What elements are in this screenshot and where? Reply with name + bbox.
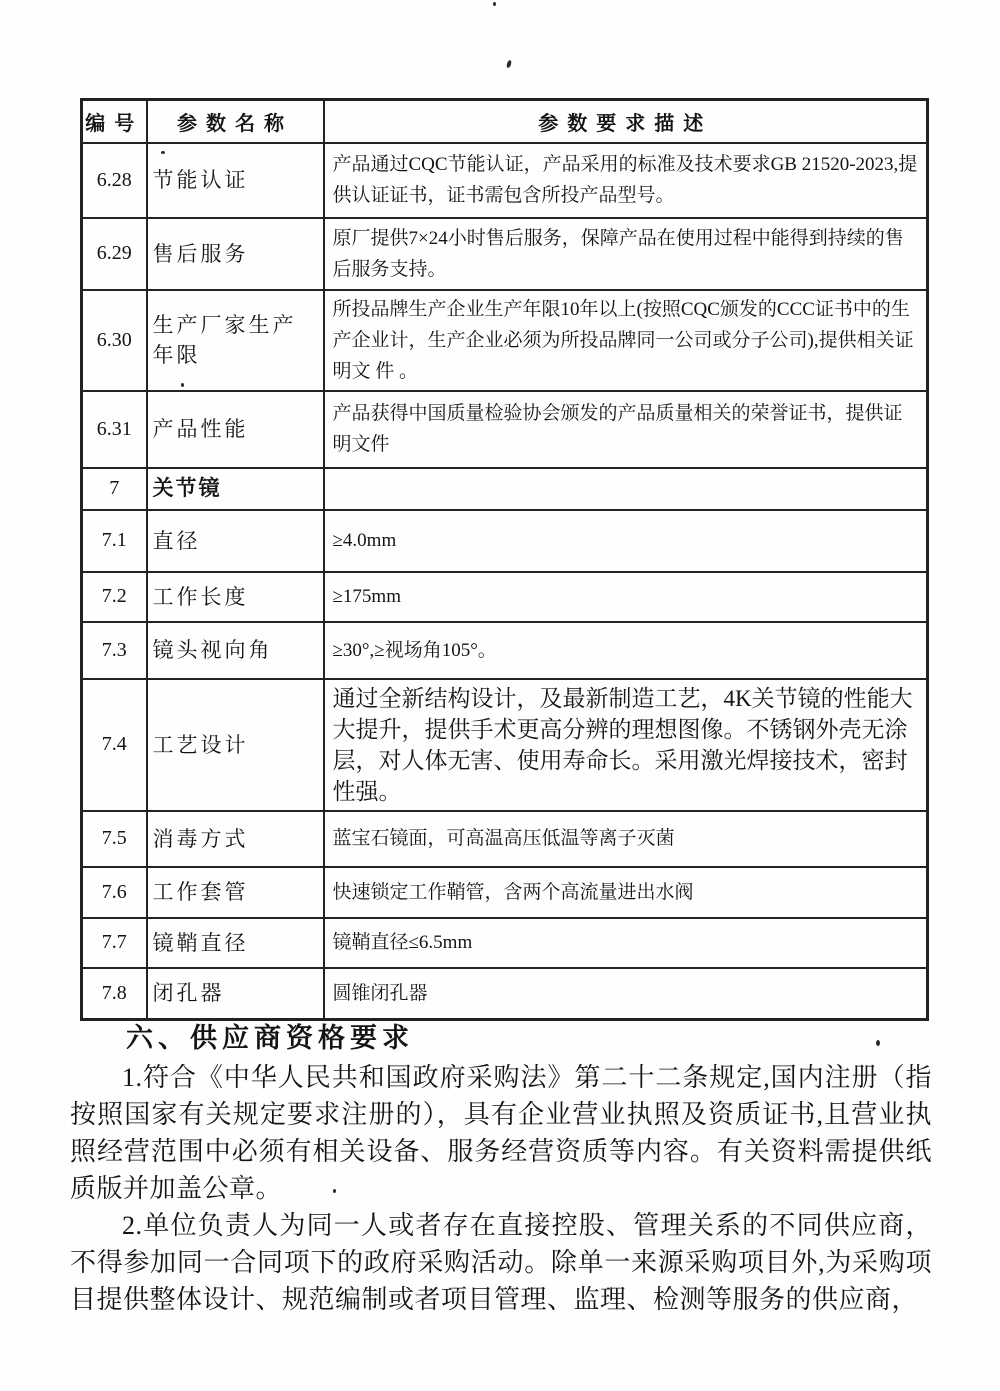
cell-param-desc: 产品获得中国质量检验协会颁发的产品质量相关的荣誉证书，提供证明文件 <box>324 391 928 468</box>
cell-number: 7.8 <box>82 968 147 1020</box>
cell-param-name: 直径 <box>147 510 324 572</box>
cell-param-name: 镜头视向角 <box>147 622 324 679</box>
cell-number: 7.3 <box>82 622 147 679</box>
cell-number: 7.6 <box>82 867 147 918</box>
scan-speck <box>506 60 512 69</box>
table-row: 7.8闭孔器圆锥闭孔器 <box>82 968 928 1020</box>
cell-param-name: 节能认证 <box>147 143 324 218</box>
cell-param-desc: 通过全新结构设计，及最新制造工艺，4K关节镜的性能大大提升，提供手术更高分辨的理… <box>324 679 928 811</box>
cell-number: 7.1 <box>82 510 147 572</box>
cell-param-name: 关节镜 <box>147 468 324 510</box>
table-row: 7.1直径≥4.0mm <box>82 510 928 572</box>
table-header-row: 编号 参数名称 参数要求描述 <box>82 100 928 143</box>
cell-param-desc: 原厂提供7×24小时售后服务，保障产品在使用过程中能得到持续的售后服务支持。 <box>324 218 928 290</box>
cell-param-desc: 镜鞘直径≤6.5mm <box>324 918 928 968</box>
header-cell-id: 编号 <box>82 100 147 143</box>
cell-number: 6.31 <box>82 391 147 468</box>
cell-param-name: 生产厂家生产年限 <box>147 290 324 391</box>
header-cell-name: 参数名称 <box>147 100 324 143</box>
scan-speck <box>161 151 165 154</box>
cell-number: 6.30 <box>82 290 147 391</box>
table-row: 7关节镜 <box>82 468 928 510</box>
cell-param-name: 消毒方式 <box>147 811 324 867</box>
cell-number: 7.7 <box>82 918 147 968</box>
table-row: 6.31产品性能产品获得中国质量检验协会颁发的产品质量相关的荣誉证书，提供证明文… <box>82 391 928 468</box>
table-row: 6.28节能认证产品通过CQC节能认证，产品采用的标准及技术要求GB 21520… <box>82 143 928 218</box>
cell-param-name: 产品性能 <box>147 391 324 468</box>
cell-param-desc <box>324 468 928 510</box>
cell-number: 6.29 <box>82 218 147 290</box>
scan-speck <box>876 1040 880 1046</box>
cell-param-name: 售后服务 <box>147 218 324 290</box>
cell-param-name: 工作长度 <box>147 572 324 622</box>
cell-number: 7 <box>82 468 147 510</box>
cell-number: 6.28 <box>82 143 147 218</box>
cell-param-desc: 快速锁定工作鞘管，含两个高流量进出水阀 <box>324 867 928 918</box>
cell-param-name: 工艺设计 <box>147 679 324 811</box>
cell-number: 7.5 <box>82 811 147 867</box>
table-row: 7.5消毒方式蓝宝石镜面，可高温高压低温等离子灭菌 <box>82 811 928 867</box>
table-row: 7.7镜鞘直径镜鞘直径≤6.5mm <box>82 918 928 968</box>
cell-param-desc: ≥4.0mm <box>324 510 928 572</box>
cell-param-name: 镜鞘直径 <box>147 918 324 968</box>
scan-speck <box>333 1189 336 1193</box>
document-page: 编号 参数名称 参数要求描述 6.28节能认证产品通过CQC节能认证，产品采用的… <box>0 0 1000 1391</box>
cell-param-desc: 圆锥闭孔器 <box>324 968 928 1020</box>
cell-param-desc: 蓝宝石镜面，可高温高压低温等离子灭菌 <box>324 811 928 867</box>
supplier-qualification-section: 六、供应商资格要求 1.符合《中华人民共和国政府采购法》第二十二条规定,国内注册… <box>70 1022 932 1318</box>
cell-param-desc: ≥30°,≥视场角105°。 <box>324 622 928 679</box>
table-row: 7.6工作套管快速锁定工作鞘管，含两个高流量进出水阀 <box>82 867 928 918</box>
table-row: 7.2工作长度≥175mm <box>82 572 928 622</box>
qualification-paragraph-2: 2.单位负责人为同一人或者存在直接控股、管理关系的不同供应商，不得参加同一合同项… <box>70 1207 932 1318</box>
cell-param-desc: 所投品牌生产企业生产年限10年以上(按照CQC颁发的CCC证书中的生产企业计，生… <box>324 290 928 391</box>
header-cell-desc: 参数要求描述 <box>324 100 928 143</box>
table-row: 6.30生产厂家生产年限所投品牌生产企业生产年限10年以上(按照CQC颁发的CC… <box>82 290 928 391</box>
cell-param-name: 闭孔器 <box>147 968 324 1020</box>
cell-param-desc: 产品通过CQC节能认证，产品采用的标准及技术要求GB 21520-2023,提供… <box>324 143 928 218</box>
table-row: 7.4工艺设计通过全新结构设计，及最新制造工艺，4K关节镜的性能大大提升，提供手… <box>82 679 928 811</box>
cell-number: 7.4 <box>82 679 147 811</box>
scan-speck <box>493 2 496 6</box>
cell-param-name: 工作套管 <box>147 867 324 918</box>
cell-number: 7.2 <box>82 572 147 622</box>
qualification-paragraph-1: 1.符合《中华人民共和国政府采购法》第二十二条规定,国内注册（指按照国家有关规定… <box>70 1059 932 1207</box>
scan-speck <box>181 383 184 387</box>
table-row: 6.29售后服务原厂提供7×24小时售后服务，保障产品在使用过程中能得到持续的售… <box>82 218 928 290</box>
spec-table: 编号 参数名称 参数要求描述 6.28节能认证产品通过CQC节能认证，产品采用的… <box>80 98 929 1021</box>
table-row: 7.3镜头视向角≥30°,≥视场角105°。 <box>82 622 928 679</box>
cell-param-desc: ≥175mm <box>324 572 928 622</box>
section-heading: 六、供应商资格要求 <box>70 1022 932 1054</box>
